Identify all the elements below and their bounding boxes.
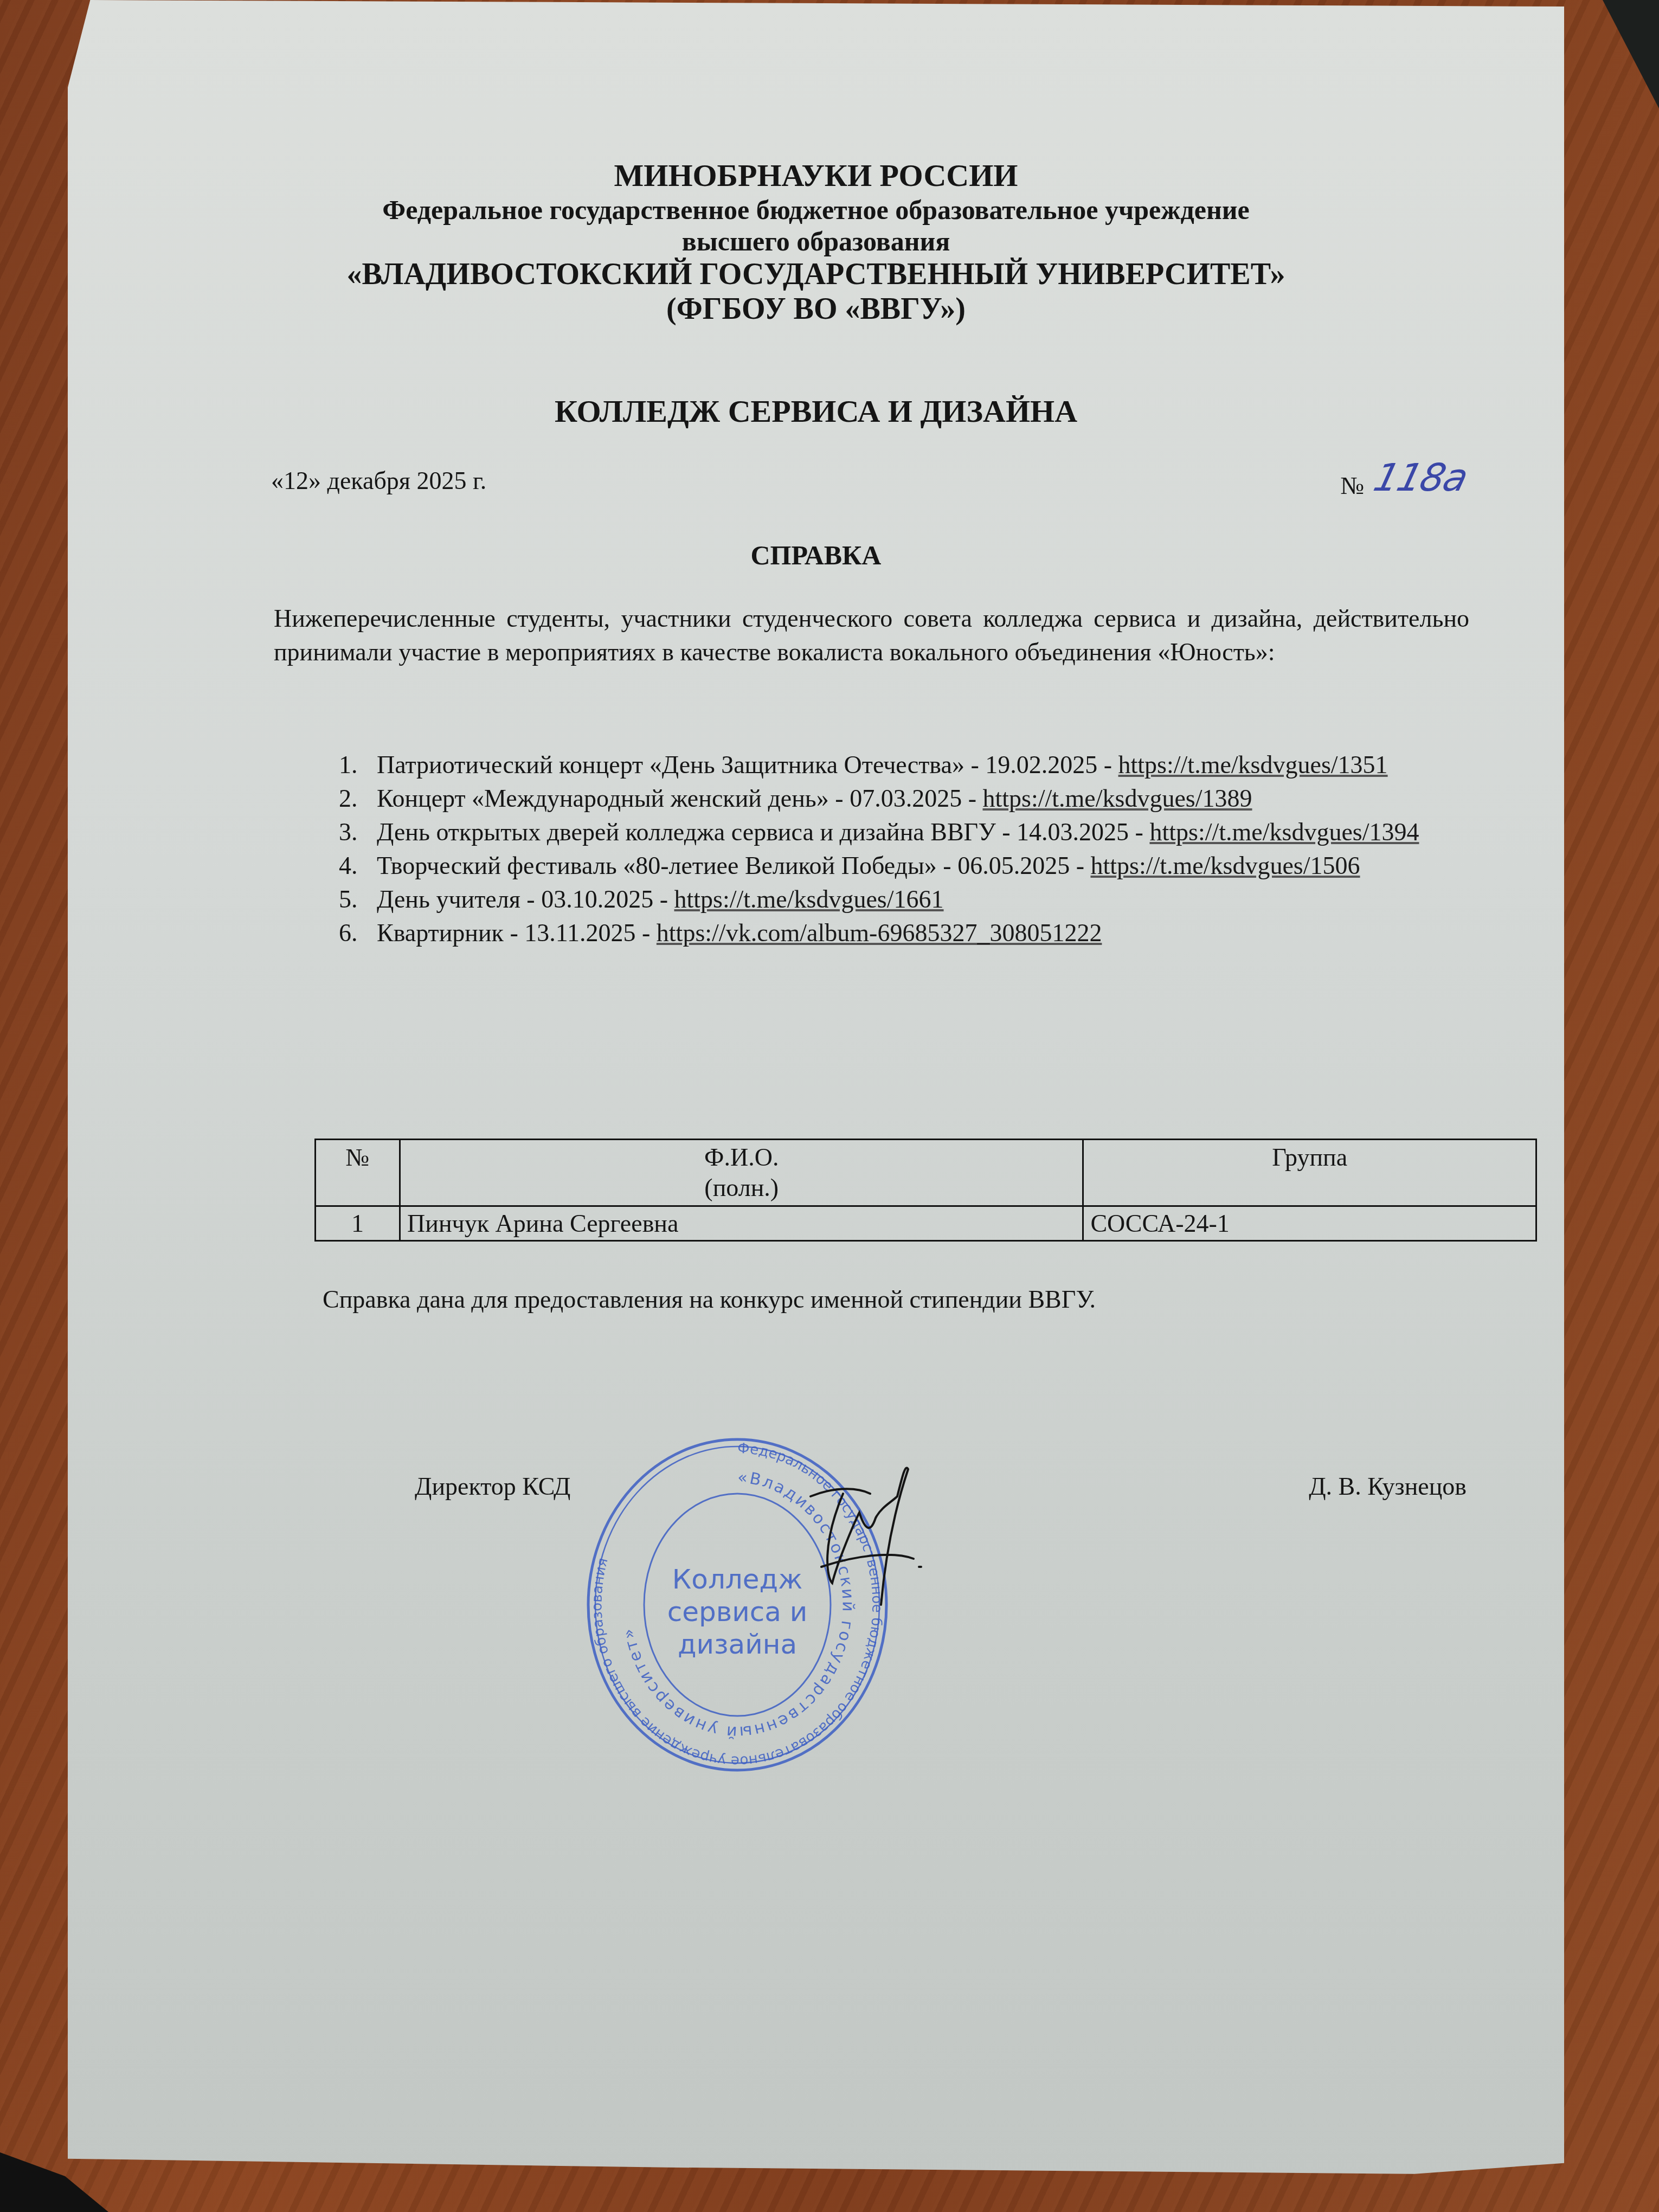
students-table: № Ф.И.О. (полн.) Группа 1 Пинчук Арина С… [314, 1139, 1537, 1242]
ministry-name: МИНОБРНАУКИ РОССИИ [68, 157, 1564, 194]
signatory-title: Директор КСД [415, 1472, 570, 1501]
list-item: 1.Патриотический концерт «День Защитника… [339, 748, 1469, 782]
document-date: «12» декабря 2025 г. [271, 466, 486, 495]
event-text: Квартирник - 13.11.2025 - [377, 919, 657, 947]
college-name: КОЛЛЕДЖ СЕРВИСА И ДИЗАЙНА [68, 393, 1564, 429]
column-header-name: Ф.И.О. (полн.) [400, 1140, 1083, 1206]
event-text: Концерт «Международный женский день» - 0… [377, 785, 982, 812]
cell-group: СОССА-24-1 [1083, 1206, 1536, 1241]
document-title: СПРАВКА [68, 539, 1564, 571]
event-text: День открытых дверей колледжа сервиса и … [377, 818, 1149, 846]
university-abbreviation: (ФГБОУ ВО «ВВГУ») [68, 292, 1564, 326]
document-number: № 118а [1341, 455, 1467, 500]
table-row: 1 Пинчук Арина Сергеевна СОССА-24-1 [316, 1206, 1536, 1241]
document-header: МИНОБРНАУКИ РОССИИ Федеральное государст… [68, 157, 1564, 326]
cell-name: Пинчук Арина Сергеевна [400, 1206, 1083, 1241]
list-item: 5.День учителя - 03.10.2025 - https://t.… [339, 883, 1469, 916]
event-text: День учителя - 03.10.2025 - [377, 885, 674, 913]
list-item: 3.День открытых дверей колледжа сервиса … [339, 815, 1469, 849]
document-page: МИНОБРНАУКИ РОССИИ Федеральное государст… [68, 0, 1564, 2185]
event-link[interactable]: https://t.me/ksdvgues/1506 [1090, 852, 1360, 879]
university-name: «ВЛАДИВОСТОКСКИЙ ГОСУДАРСТВЕННЫЙ УНИВЕРС… [68, 257, 1564, 292]
event-link[interactable]: https://t.me/ksdvgues/1394 [1149, 818, 1419, 846]
event-link[interactable]: https://vk.com/album-69685327_308051222 [657, 919, 1102, 947]
institution-type-line2: высшего образования [68, 226, 1564, 257]
svg-text:сервиса и: сервиса и [667, 1596, 807, 1628]
svg-text:дизайна: дизайна [678, 1629, 797, 1660]
column-header-group: Группа [1083, 1140, 1536, 1206]
list-item: 4.Творческий фестиваль «80-летиее Велико… [339, 849, 1469, 883]
cell-number: 1 [316, 1206, 400, 1241]
institution-type-line1: Федеральное государственное бюджетное об… [68, 194, 1564, 226]
intro-paragraph: Нижеперечисленные студенты, участники ст… [274, 602, 1469, 669]
signatory-name: Д. В. Кузнецов [1309, 1472, 1467, 1501]
list-item: 2.Концерт «Международный женский день» -… [339, 782, 1469, 815]
handwritten-number: 118а [1369, 455, 1472, 500]
signature-icon [789, 1464, 946, 1616]
event-text: Творческий фестиваль «80-летиее Великой … [377, 852, 1090, 879]
list-item: 6.Квартирник - 13.11.2025 - https://vk.c… [339, 916, 1469, 950]
events-list: 1.Патриотический концерт «День Защитника… [339, 748, 1469, 950]
event-link[interactable]: https://t.me/ksdvgues/1389 [982, 785, 1252, 812]
purpose-statement: Справка дана для предоставления на конку… [323, 1285, 1096, 1314]
event-text: Патриотический концерт «День Защитника О… [377, 751, 1118, 779]
event-link[interactable]: https://t.me/ksdvgues/1351 [1118, 751, 1388, 779]
svg-text:Колледж: Колледж [672, 1564, 802, 1595]
number-label: № [1341, 471, 1365, 500]
column-header-number: № [316, 1140, 400, 1206]
table-header-row: № Ф.И.О. (полн.) Группа [316, 1140, 1536, 1206]
event-link[interactable]: https://t.me/ksdvgues/1661 [674, 885, 943, 913]
